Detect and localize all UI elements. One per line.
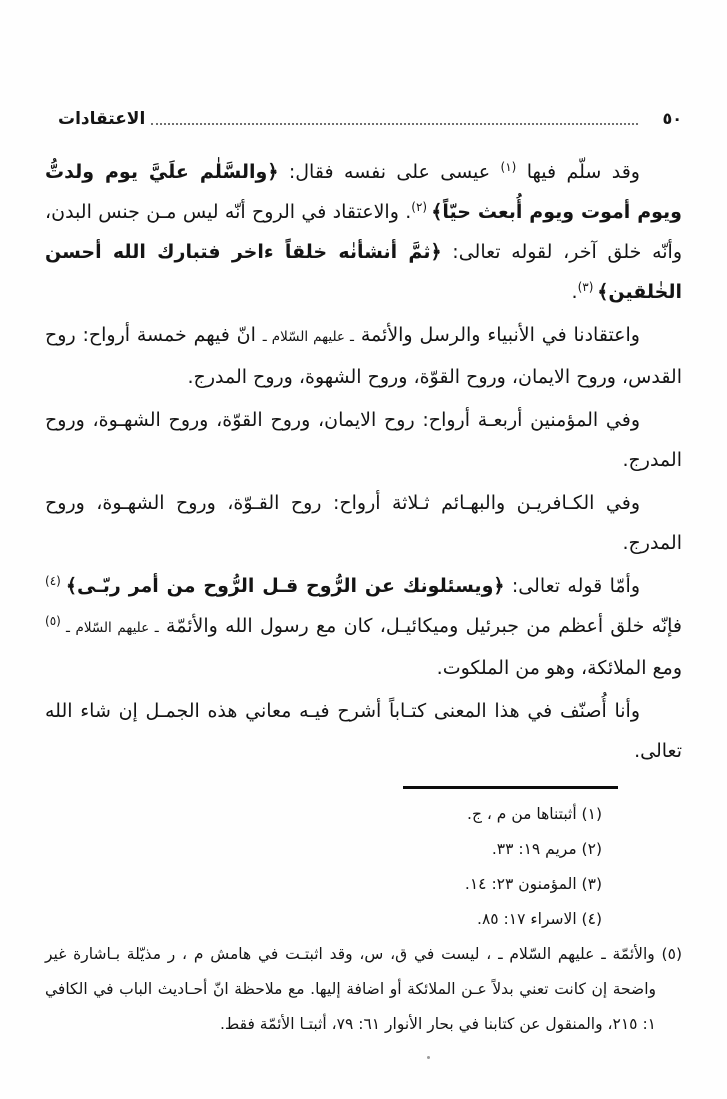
honorific-text: ـ عليهم السّلام ـ: [66, 620, 159, 636]
text-segment: ومع الملائكة، وهو من الملكوت.: [437, 657, 682, 679]
page-header: الاعتقادات ٥٠: [45, 103, 682, 129]
text-segment: وأنا أُصنّف في هذا المعنى كتـاباً أشرح ف…: [45, 700, 682, 762]
paragraph: وفي الكـافريـن والبهـائم ثـلاثة أرواح: ر…: [45, 483, 682, 563]
honorific-text: ـ عليهم السّلام ـ: [263, 329, 354, 345]
text-segment: وفي الكـافريـن والبهـائم ثـلاثة أرواح: ر…: [45, 492, 682, 554]
text-segment: فإنّه خلق أعظم من جبرئيل وميكائيـل، كان …: [159, 615, 682, 637]
dotted-leader: [151, 123, 638, 125]
footnotes-section: (١) أثبتناها من م ، ج.(٢) مريم ١٩: ٣٣.(٣…: [45, 797, 682, 1042]
page-number: ٥٠: [662, 109, 682, 129]
footnote-marker: (٤): [45, 574, 66, 588]
paragraph: وقد سلّم فيها (١) عيسى على نفسه فقال: ﴿و…: [45, 152, 682, 312]
footnote-separator: [403, 786, 618, 789]
paragraph: وأمّا قوله تعالى: ﴿ويسئلونك عن الرُّوح ق…: [45, 566, 682, 688]
text-segment: وأمّا قوله تعالى:: [505, 575, 640, 597]
footnote-item: (٤) الاسراء ١٧: ٨٥.: [45, 902, 682, 937]
text-segment: وقد سلّم فيها: [516, 161, 640, 183]
text-segment: وفي المؤمنين أربعـة أرواح: روح الايمان، …: [45, 409, 682, 471]
footnote-item: (٢) مريم ١٩: ٣٣.: [45, 832, 682, 867]
text-segment: عيسى على نفسه فقال:: [278, 161, 500, 183]
text-segment: واعتقادنا في الأنبياء والرسل والأئمة: [354, 324, 640, 346]
footnote-marker: (٥): [45, 614, 66, 628]
paragraph: وأنا أُصنّف في هذا المعنى كتـاباً أشرح ف…: [45, 691, 682, 771]
footnote-item: (٥) والأئمّة ـ عليهم السّلام ـ ، ليست في…: [45, 937, 682, 1042]
running-title: الاعتقادات: [58, 109, 145, 129]
footnote-item: (١) أثبتناها من م ، ج.: [45, 797, 682, 832]
body-text: وقد سلّم فيها (١) عيسى على نفسه فقال: ﴿و…: [45, 152, 682, 771]
footnote-marker: (٣): [578, 280, 598, 294]
footnote-marker: (٢): [411, 200, 431, 214]
scanned-book-page: الاعتقادات ٥٠ وقد سلّم فيها (١) عيسى على…: [0, 0, 727, 1099]
paragraph: واعتقادنا في الأنبياء والرسل والأئمة ـ ع…: [45, 315, 682, 397]
footnote-item: (٣) المؤمنون ٢٣: ١٤.: [45, 867, 682, 902]
paragraph: وفي المؤمنين أربعـة أرواح: روح الايمان، …: [45, 400, 682, 480]
quran-quote: ﴿ويسئلونك عن الرُّوح قـل الرُّوح من أمر …: [66, 575, 505, 597]
footnote-marker: (١): [501, 160, 517, 174]
scan-speck: [427, 1056, 430, 1059]
